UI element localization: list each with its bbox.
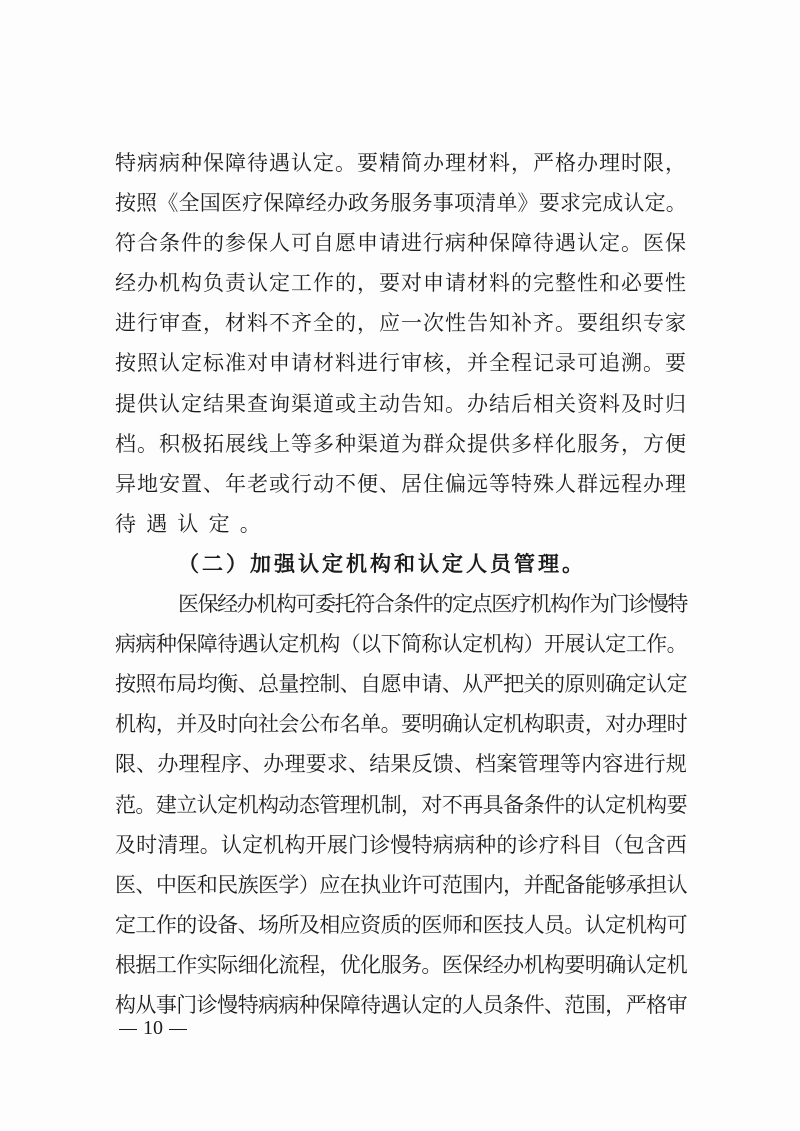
text-line: 及时清理。认定机构开展门诊慢特病病种的诊疗科目（包含西 [115,825,687,865]
body-text: 特病病种保障待遇认定。要精简办理材料，严格办理时限， 按照《全国医疗保障经办政务… [115,143,687,1025]
text-line: 待遇认定。 [115,504,687,544]
text-line: 经办机构负责认定工作的，要对申请材料的完整性和必要性 [115,263,687,303]
text-line: 符合条件的参保人可自愿申请进行病种保障待遇认定。医保 [115,223,687,263]
text-line: 医、中医和民族医学）应在执业许可范围内，并配备能够承担认 [115,865,687,905]
page-number-value: 10 [143,1017,163,1039]
text-line: 机构，并及时向社会公布名单。要明确认定机构职责，对办理时 [115,704,687,744]
document-page: 特病病种保障待遇认定。要精简办理材料，严格办理时限， 按照《全国医疗保障经办政务… [0,0,800,1131]
text-line: 定工作的设备、场所及相应资质的医师和医技人员。认定机构可 [115,905,687,945]
text-line: 构从事门诊慢特病病种保障待遇认定的人员条件、范围，严格审 [115,985,687,1025]
text-line: 病病种保障待遇认定机构（以下简称认定机构）开展认定工作。 [115,624,687,664]
text-line: 医保经办机构可委托符合条件的定点医疗机构作为门诊慢特 [115,584,687,624]
text-line: 提供认定结果查询渠道或主动告知。办结后相关资料及时归 [115,384,687,424]
text-line: 根据工作实际细化流程，优化服务。医保经办机构要明确认定机 [115,945,687,985]
text-line: 按照布局均衡、总量控制、自愿申请、从严把关的原则确定认定 [115,664,687,704]
dash-left [119,1029,137,1030]
text-line: 进行审查，材料不齐全的，应一次性告知补齐。要组织专家 [115,303,687,343]
text-line: 档。积极拓展线上等多种渠道为群众提供多样化服务，方便 [115,424,687,464]
text-line: 特病病种保障待遇认定。要精简办理材料，严格办理时限， [115,143,687,183]
text-line: 范。建立认定机构动态管理机制，对不再具备条件的认定机构要 [115,785,687,825]
text-line: 限、办理程序、办理要求、结果反馈、档案管理等内容进行规 [115,744,687,784]
text-line: 异地安置、年老或行动不便、居住偏远等特殊人群远程办理 [115,464,687,504]
text-line: 按照认定标准对申请材料进行审核，并全程记录可追溯。要 [115,343,687,383]
dash-right [169,1029,187,1030]
text-line: 按照《全国医疗保障经办政务服务事项清单》要求完成认定。 [115,183,687,223]
page-number: 10 [113,1017,193,1040]
section-heading: （二）加强认定机构和认定人员管理。 [115,544,687,584]
